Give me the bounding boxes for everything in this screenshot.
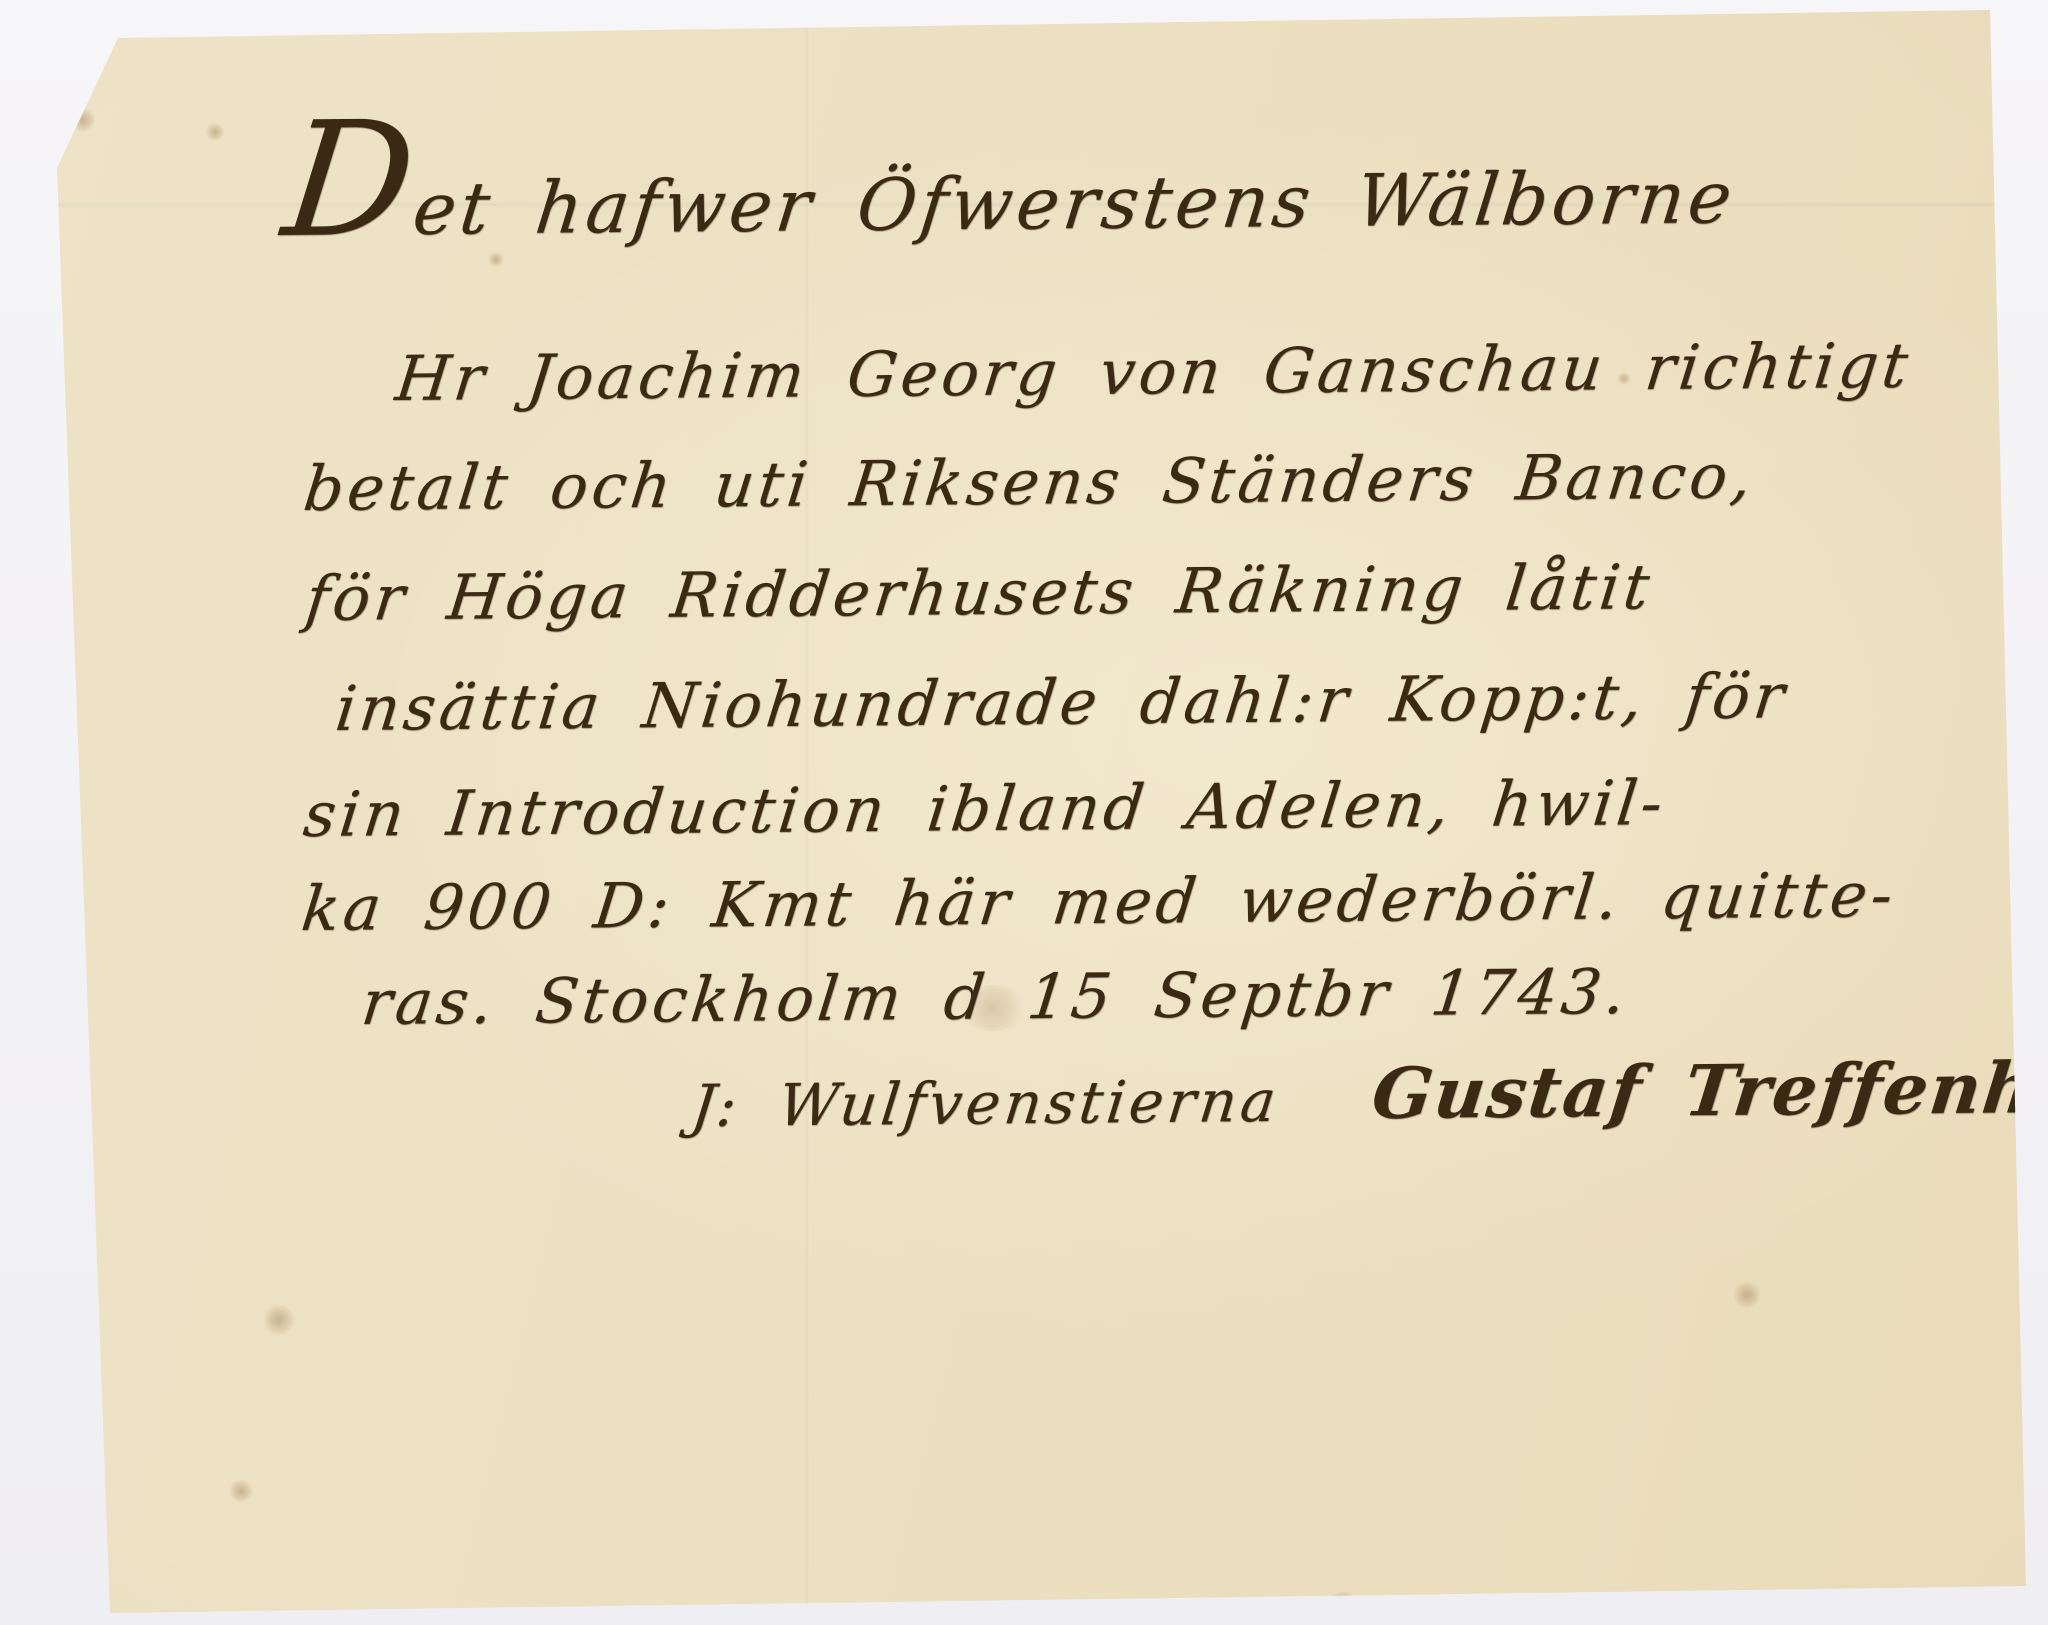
manuscript-line-3: betalt och uti Riksens Ständers Banco, <box>300 439 1759 525</box>
signature-treffenhielm: Gustaf Treffenhielm <box>1368 1045 2048 1135</box>
paper-sheet: Det hafwer Öfwerstens Wälborne Hr Joachi… <box>0 0 2048 1625</box>
foxing-stain <box>488 252 504 267</box>
manuscript-line-5: insättia Niohundrade dahl:r Kopp:t, för <box>332 659 1792 745</box>
manuscript-line-1: Det hafwer Öfwerstens Wälborne <box>278 155 1740 252</box>
foxing-stain <box>1328 1592 1358 1614</box>
manuscript-line-7: ka 900 D: Kmt här med wederbörl. quitte- <box>298 858 1900 945</box>
manuscript-line-2: Hr Joachim Georg von Ganschau richtigt <box>392 329 1915 415</box>
foxing-stain <box>205 123 225 141</box>
foxing-stain <box>1732 1282 1762 1308</box>
manuscript-line-8: ras. Stockholm d 15 Septbr 1743. <box>358 955 1633 1039</box>
manuscript-line-4: för Höga Ridderhusets Räkning låtit <box>302 550 1657 635</box>
signature-wulfvenstierna: J: Wulfvenstierna <box>688 1067 1283 1140</box>
scanned-document: Det hafwer Öfwerstens Wälborne Hr Joachi… <box>0 0 2048 1625</box>
manuscript-line-6: sin Introduction ibland Adelen, hwil- <box>300 766 1670 851</box>
foxing-stain <box>70 108 96 132</box>
foxing-stain <box>228 1480 254 1502</box>
foxing-stain <box>262 1305 296 1335</box>
